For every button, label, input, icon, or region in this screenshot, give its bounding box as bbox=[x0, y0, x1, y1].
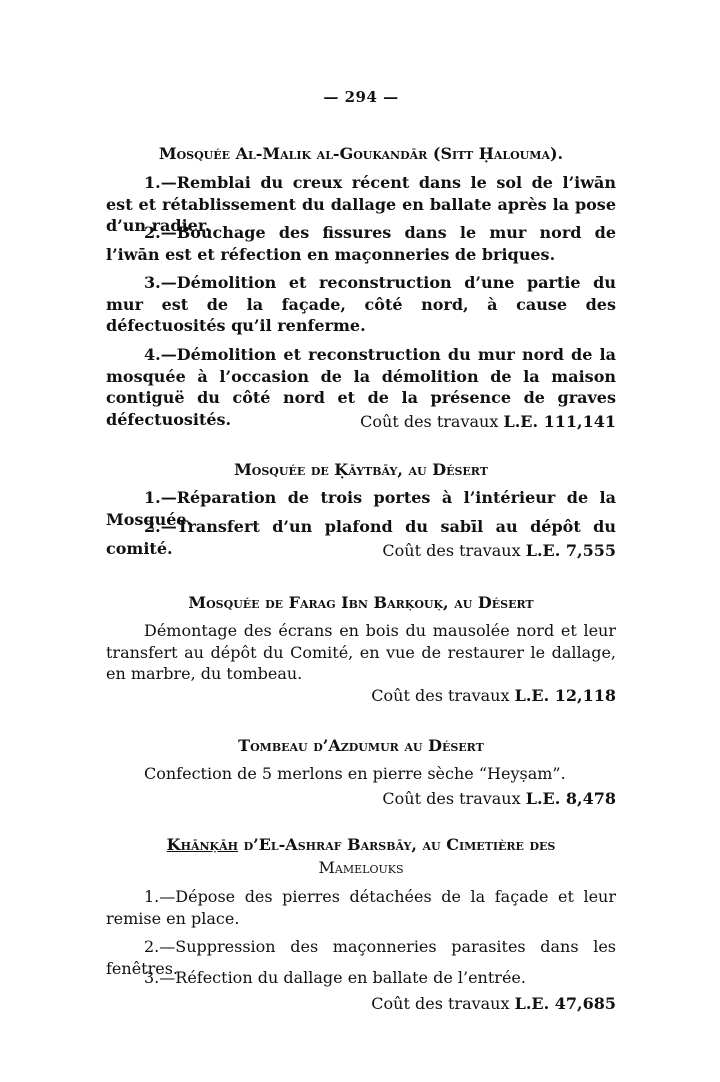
list-item: 3.—Réfection du dallage en ballate de l’… bbox=[106, 967, 616, 989]
list-item: 3.—Démolition et reconstruction d’une pa… bbox=[106, 272, 616, 337]
page-number: — 294 — bbox=[106, 88, 616, 106]
cost-line: Coût des travaux L.E. 7,555 bbox=[382, 540, 616, 561]
cost-line: Coût des travaux L.E. 12,118 bbox=[371, 685, 616, 706]
list-item: 2.—Bouchage des fissures dans le mur nor… bbox=[106, 222, 616, 265]
section-heading: Khānḳāh d’El-Ashraf Barsbāy, au Cimetièr… bbox=[106, 834, 616, 856]
section-heading: Mosquée Al-Malik al-Goukandār (Sitt Ḥalo… bbox=[106, 143, 616, 165]
list-item: Démontage des écrans en bois du mausolée… bbox=[106, 620, 616, 685]
cost-line: Coût des travaux L.E. 47,685 bbox=[371, 993, 616, 1014]
list-item: Confection de 5 merlons en pierre sèche … bbox=[106, 763, 616, 785]
section-heading: Mosquée de Ḳāytbāy, au Désert bbox=[106, 459, 616, 481]
list-item: 1.—Dépose des pierres détachées de la fa… bbox=[106, 886, 616, 929]
cost-line: Coût des travaux L.E. 8,478 bbox=[382, 788, 616, 809]
section-heading: Mosquée de Farag Ibn Barḳouḳ, au Désert bbox=[106, 592, 616, 614]
cost-line: Coût des travaux L.E. 111,141 bbox=[360, 411, 616, 432]
section-heading: Tombeau d’Azdumur au Désert bbox=[106, 735, 616, 757]
section-heading-line2: Mamelouks bbox=[106, 857, 616, 879]
